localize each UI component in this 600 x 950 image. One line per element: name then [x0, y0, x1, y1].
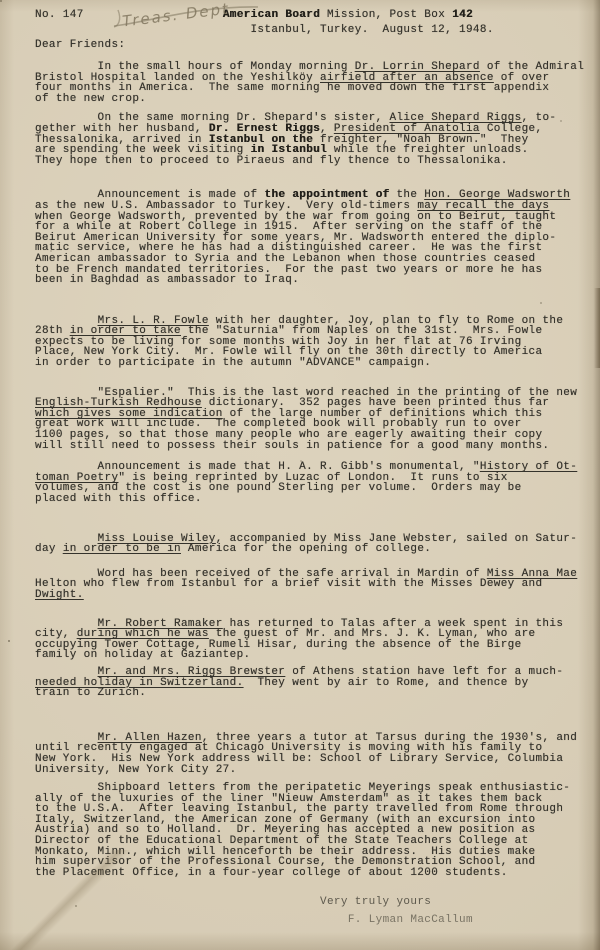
text-line: of the new crop.: [35, 94, 600, 105]
overstruck-text: 142: [452, 9, 473, 21]
text-line: been in Baghdad as ambassador to Iraq.: [35, 275, 600, 286]
letter-body: In the small hours of Monday morning Dr.…: [0, 62, 600, 878]
text-segment: [84, 9, 223, 21]
text-segment: F. Lyman MacCallum: [348, 914, 473, 926]
text-segment: University, New York City 27.: [35, 764, 237, 776]
paragraph: "Espalier." This is the last word reache…: [35, 388, 600, 452]
text-segment: Very truly yours: [320, 896, 431, 908]
paragraph: Word has been received of the safe arriv…: [35, 569, 600, 601]
text-line: Helton who flew from Istanbul for a brie…: [35, 579, 600, 590]
paragraph: On the same morning Dr. Shepard's sister…: [35, 113, 600, 166]
paragraph: Mr. Allen Hazen, three years a tutor at …: [35, 733, 600, 775]
text-segment: been in Baghdad as ambassador to Iraq.: [35, 274, 299, 286]
paragraph: Mrs. L. R. Fowle with her daughter, Joy,…: [35, 316, 600, 369]
text-line: Istanbul, Turkey. August 12, 1948.: [35, 23, 600, 38]
text-line: in order to participate in the autumn "A…: [35, 358, 600, 369]
text-line: train to Zurich.: [35, 688, 600, 699]
text-segment: in order to participate in the autumn "A…: [35, 357, 431, 369]
text-segment: day: [35, 543, 63, 555]
letter-page: No. 147 American Board Mission, Post Box…: [0, 0, 600, 950]
text-line: University, New York City 27.: [35, 765, 600, 776]
text-segment: Dear Friends:: [35, 39, 125, 51]
text-line: family on holiday at Gaziantep.: [35, 650, 600, 661]
text-segment: They went by air to Rome, and thence by: [244, 677, 529, 689]
paragraph: Announcement is made that H. A. R. Gibb'…: [35, 462, 600, 504]
text-line: No. 147 American Board Mission, Post Box…: [35, 8, 600, 23]
paragraph: Announcement is made of the appointment …: [35, 190, 600, 285]
paragraph: In the small hours of Monday morning Dr.…: [35, 62, 600, 104]
text-line: day in order to be in America for the op…: [35, 544, 600, 555]
text-segment: Istanbul, Turkey. August 12, 1948.: [35, 24, 494, 36]
paragraph: Mr. Robert Ramaker has returned to Talas…: [35, 619, 600, 661]
paper-edge-mark: [594, 288, 600, 368]
text-line: Dwight.: [35, 590, 600, 601]
text-segment: America for the opening of college.: [181, 543, 431, 555]
paper-crease: [0, 850, 140, 950]
text-segment: No. 147: [35, 9, 84, 21]
text-segment: of the new crop.: [35, 93, 146, 105]
paper-specks: [0, 0, 2, 2]
paragraph: Miss Louise Wiley, accompanied by Miss J…: [35, 534, 600, 555]
text-line: They hope then to proceed to Piraeus and…: [35, 156, 600, 167]
text-segment: family on holiday at Gaziantep.: [35, 649, 250, 661]
text-line: will still need to possess their souls i…: [35, 441, 600, 452]
overstruck-text: American Board: [223, 9, 320, 21]
text-line: placed with this office.: [35, 494, 600, 505]
underlined-text: Dwight.: [35, 589, 84, 601]
text-segment: They hope then to proceed to Piraeus and…: [35, 155, 508, 167]
text-segment: Mission, Post Box: [320, 9, 452, 21]
paragraph: Mr. and Mrs. Riggs Brewster of Athens st…: [35, 667, 600, 699]
text-segment: Helton who flew from Istanbul for a brie…: [35, 578, 542, 590]
letter-header: No. 147 American Board Mission, Post Box…: [0, 0, 600, 53]
text-line: Dear Friends:: [35, 38, 600, 53]
text-segment: train to Zurich.: [35, 687, 146, 699]
text-segment: will still need to possess their souls i…: [35, 440, 549, 452]
text-segment: placed with this office.: [35, 493, 202, 505]
underlined-text: in order to be in: [63, 543, 181, 555]
